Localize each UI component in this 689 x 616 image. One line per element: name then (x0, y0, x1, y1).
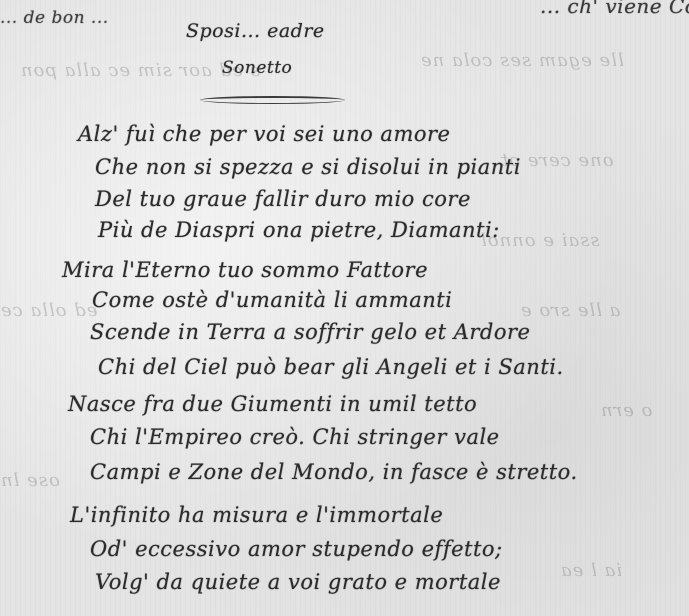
bleed-through-text: o ern (600, 400, 652, 421)
bleed-through-text: a lle sro e (520, 300, 620, 321)
bleed-through-text: ed olla ce (0, 300, 97, 321)
bleed-through-text: ia l ea (560, 560, 622, 581)
manuscript-page: s ed aor sim ec alla pon lle egam ses co… (0, 0, 689, 616)
poem-line: Come ostè d'umanità li ammanti (92, 288, 452, 312)
bleed-through-text: lle egam ses cola ne (420, 50, 624, 71)
header-fragment-left: ... de bon ... (0, 8, 109, 28)
poem-line: Nasce fra due Giumenti in umil tetto (68, 392, 477, 416)
poem-line: Del tuo graue fallir duro mio core (95, 187, 471, 211)
poem-line: Più de Diaspri ona pietre, Diamanti: (98, 218, 500, 242)
title-underline-flourish (200, 96, 345, 104)
header-fragment-top: ... ch' viene Condo (540, 0, 689, 18)
page-title: Sposi... eadre (186, 20, 325, 42)
page-subtitle: Sonetto (222, 58, 292, 78)
poem-line: Chi del Ciel può bear gli Angeli et i Sa… (98, 355, 564, 379)
poem-line: Alz' fuì che per voi sei uno amore (78, 122, 450, 146)
poem-line: Che non si spezza e si disolui in pianti (95, 155, 521, 179)
poem-line: Od' eccessivo amor stupendo effetto; (90, 537, 503, 561)
poem-line: Chi l'Empireo creò. Chi stringer vale (90, 425, 500, 449)
poem-line: Mira l'Eterno tuo sommo Fattore (62, 258, 428, 282)
poem-line: Volg' da quiete a voi grato e mortale (95, 570, 501, 594)
poem-line: L'infinito ha misura e l'immortale (70, 503, 443, 527)
bleed-through-text: ose ln (0, 470, 60, 491)
poem-line: Scende in Terra a soffrir gelo et Ardore (90, 320, 530, 344)
poem-line: Campi e Zone del Mondo, in fasce è stret… (90, 460, 578, 484)
